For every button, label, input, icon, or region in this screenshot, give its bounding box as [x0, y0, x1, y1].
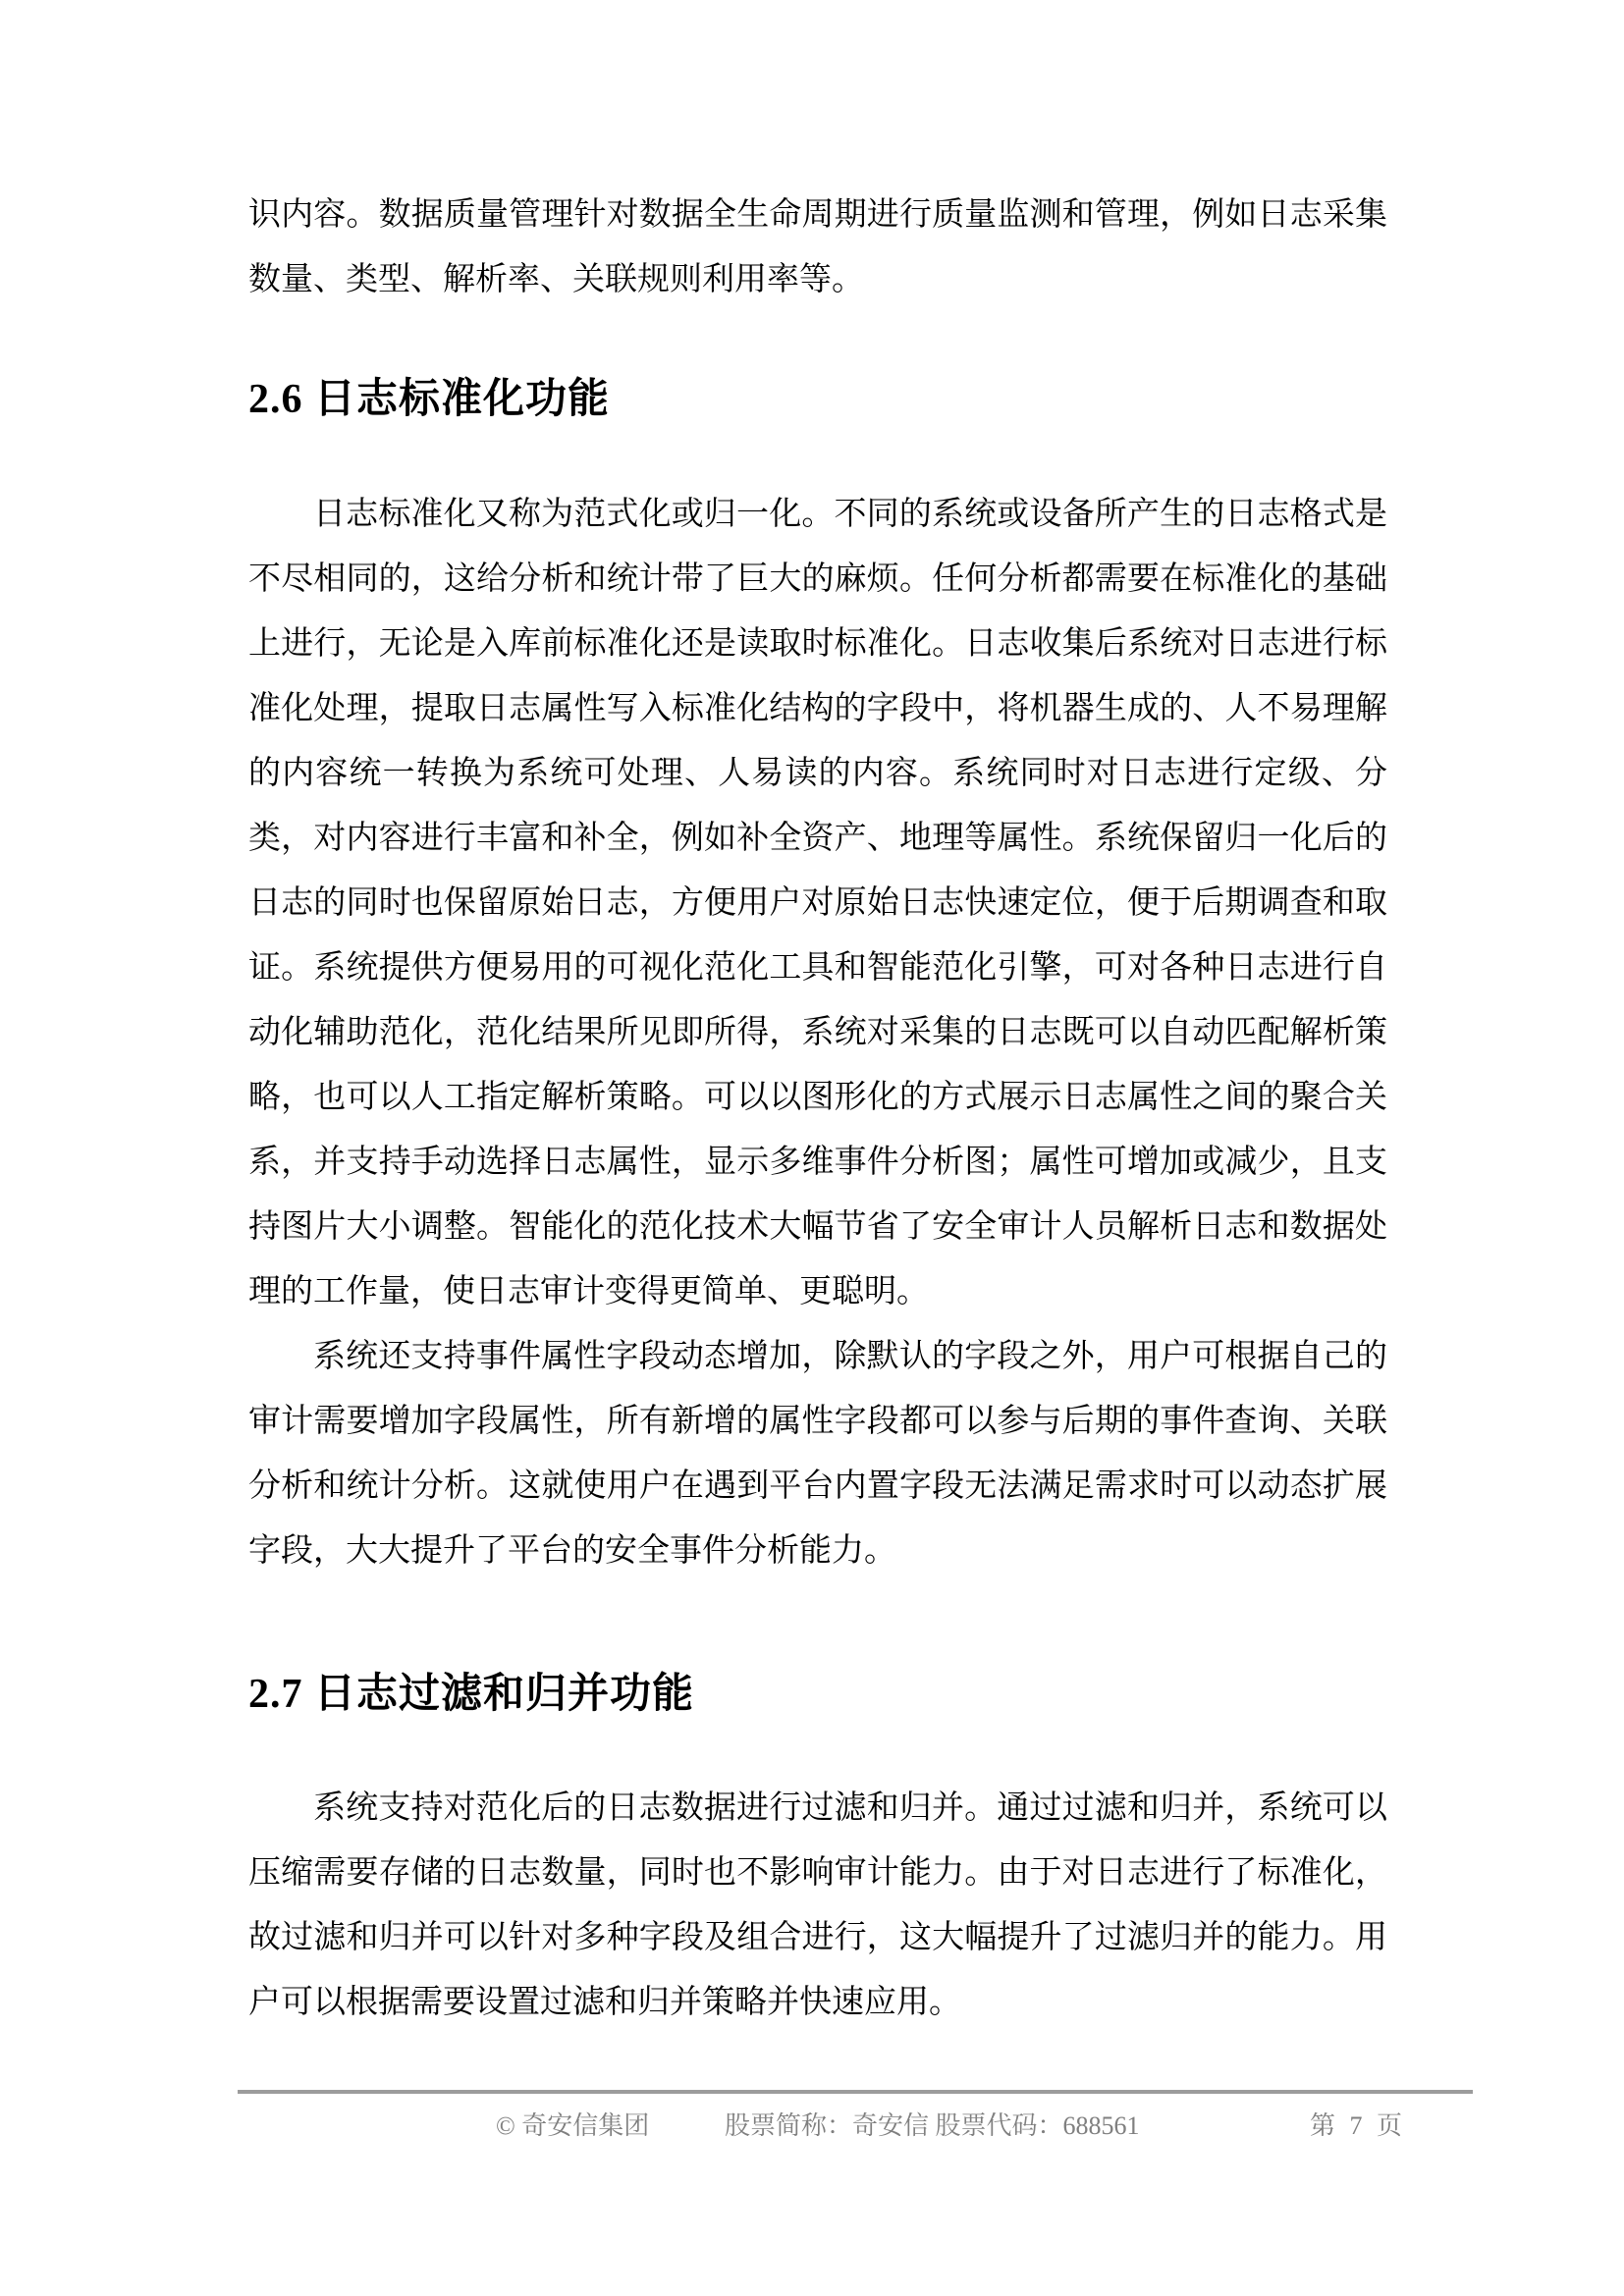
footer-copyright: © 奇安信集团	[496, 2106, 649, 2142]
page-content: 识内容。数据质量管理针对数据全生命周期进行质量监测和管理，例如日志采集数量、类型…	[248, 183, 1387, 2035]
section-2-6-paragraph-1: 日志标准化又称为范式化或归一化。不同的系统或设备所产生的日志格式是不尽相同的，这…	[248, 482, 1387, 1324]
intro-paragraph: 识内容。数据质量管理针对数据全生命周期进行质量监测和管理，例如日志采集数量、类型…	[248, 183, 1387, 312]
page-footer: © 奇安信集团 股票简称：奇安信 股票代码：688561 第 7 页	[0, 2106, 1624, 2145]
footer-page-number: 第 7 页	[1310, 2106, 1406, 2142]
footer-divider	[238, 2090, 1473, 2094]
document-page: 识内容。数据质量管理针对数据全生命周期进行质量监测和管理，例如日志采集数量、类型…	[0, 0, 1624, 2296]
footer-stock-info: 股票简称：奇安信 股票代码：688561	[725, 2106, 1140, 2142]
section-2-6-paragraph-2: 系统还支持事件属性字段动态增加，除默认的字段之外，用户可根据自己的审计需要增加字…	[248, 1324, 1387, 1583]
section-2-7-paragraph-1: 系统支持对范化后的日志数据进行过滤和归并。通过过滤和归并，系统可以压缩需要存储的…	[248, 1776, 1387, 2035]
section-heading-2-6: 2.6 日志标准化功能	[248, 369, 1387, 430]
section-heading-2-7: 2.7 日志过滤和归并功能	[248, 1664, 1387, 1725]
